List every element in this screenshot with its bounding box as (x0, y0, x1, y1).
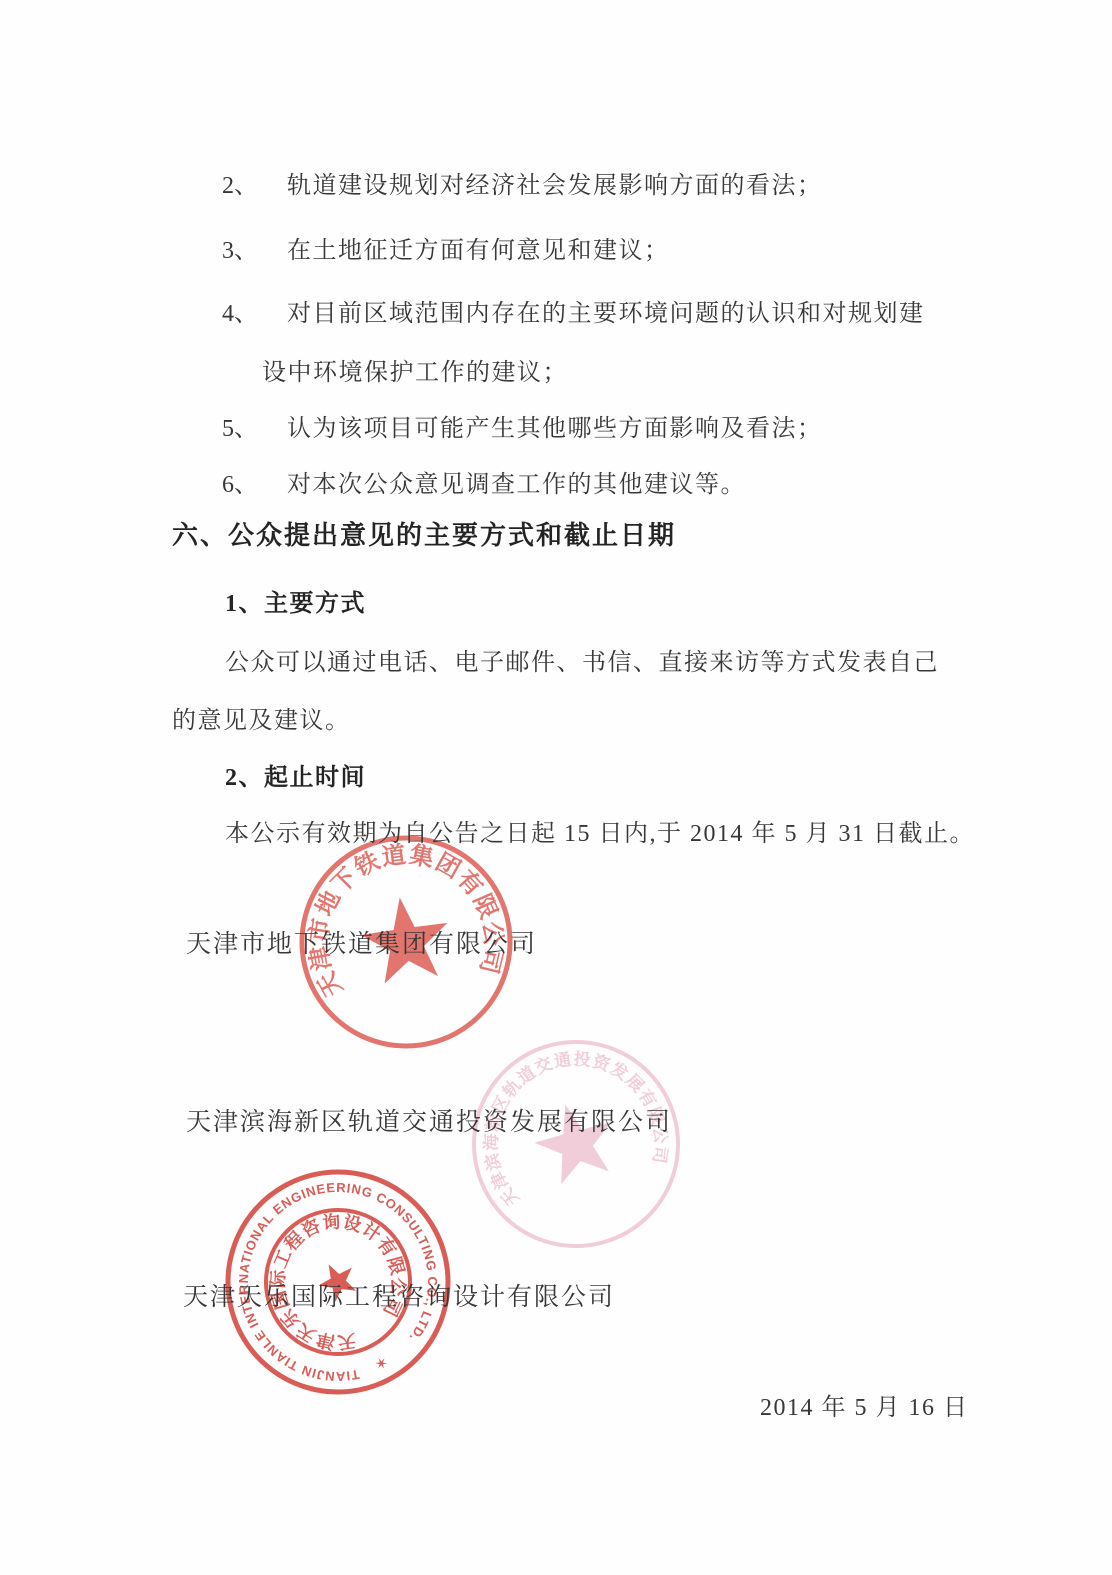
list-item-text: 设中环境保护工作的建议； (262, 360, 568, 386)
subsection-1-heading: 1、主要方式 (225, 583, 366, 618)
paragraph-methods-line2: 的意见及建议。 (172, 700, 351, 735)
list-item-4-continuation: 设中环境保护工作的建议； (262, 352, 568, 387)
document-page: 天津市地下铁道集团有限公司 天津滨海新区轨道交通投资发展有限公司 TIANJIN… (0, 0, 1112, 1575)
list-item-3: 3、在土地征迁方面有何意见和建议； (222, 230, 670, 265)
company-signature-1: 天津市地下铁道集团有限公司 (186, 924, 537, 960)
company-signature-3: 天津天乐国际工程咨询设计有限公司 (183, 1277, 615, 1313)
document-date: 2014 年 5 月 16 日 (760, 1387, 969, 1422)
list-item-text: 对本次公众意见调查工作的其他建议等。 (287, 472, 746, 498)
list-item-number: 5、 (222, 408, 287, 443)
list-item-6: 6、对本次公众意见调查工作的其他建议等。 (222, 464, 746, 499)
section-heading: 六、公众提出意见的主要方式和截止日期 (172, 515, 676, 552)
company-signature-2: 天津滨海新区轨道交通投资发展有限公司 (186, 1102, 672, 1138)
list-item-2: 2、轨道建设规划对经济社会发展影响方面的看法； (222, 165, 823, 200)
list-item-text: 对目前区域范围内存在的主要环境问题的认识和对规划建 (287, 301, 925, 327)
list-item-4: 4、对目前区域范围内存在的主要环境问题的认识和对规划建 (222, 293, 925, 328)
paragraph-deadline: 本公示有效期为自公告之日起 15 日内,于 2014 年 5 月 31 日截止。 (225, 813, 975, 848)
list-item-number: 6、 (222, 464, 287, 499)
paragraph-methods-line1: 公众可以通过电话、电子邮件、书信、直接来访等方式发表自己 (225, 642, 939, 677)
list-item-number: 4、 (222, 293, 287, 328)
subsection-2-heading: 2、起止时间 (225, 757, 366, 792)
list-item-number: 2、 (222, 165, 287, 200)
list-item-text: 在土地征迁方面有何意见和建议； (287, 238, 670, 264)
list-item-text: 认为该项目可能产生其他哪些方面影响及看法； (287, 416, 823, 442)
list-item-text: 轨道建设规划对经济社会发展影响方面的看法； (287, 173, 823, 199)
list-item-5: 5、认为该项目可能产生其他哪些方面影响及看法； (222, 408, 823, 443)
list-item-number: 3、 (222, 230, 287, 265)
seal-bottom-mark: ✶ (372, 1354, 392, 1375)
